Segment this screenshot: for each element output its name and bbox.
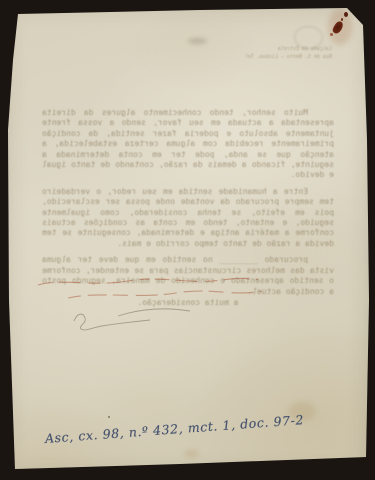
pencil-signature-scribble xyxy=(74,314,150,330)
scanner-background: Muito senhor, tendo conhecimento algures… xyxy=(0,0,375,480)
bleedthrough-letterhead-line: Rua de S. Bento — Lisboa, Telef. xyxy=(246,53,332,61)
rust-stain xyxy=(341,18,343,21)
bleedthrough-paragraph: Entre a humanidade sentida em seu redor,… xyxy=(42,187,334,249)
bleedthrough-paragraph: Muito senhor, tendo conhecimento algures… xyxy=(42,108,334,181)
bleedthrough-letterhead-line: Calçada da Estrela xyxy=(246,45,332,53)
pencil-signature-flourish xyxy=(118,309,190,316)
faint-smudge-mark xyxy=(188,38,207,44)
rust-stain xyxy=(330,33,333,36)
document-page: Muito senhor, tendo conhecimento algures… xyxy=(0,0,375,480)
foxing-spot xyxy=(184,449,199,458)
rust-stain xyxy=(344,12,348,17)
bleedthrough-text-block: Muito senhor, tendo conhecimento algures… xyxy=(42,108,334,308)
bleedthrough-closing-line: a muita consideração. xyxy=(42,298,334,308)
bleedthrough-letterhead: Calçada da Estrela Rua de S. Bento — Lis… xyxy=(246,45,332,61)
ghost-stamp-mark xyxy=(294,26,323,49)
bleedthrough-paragraph: procurado ________ no sentido em que dev… xyxy=(42,255,334,297)
archival-reference-handwriting: Asc, cx. 98, n.º 432, mct. 1, doc. 97-2 xyxy=(44,413,294,446)
ink-speck xyxy=(108,416,110,418)
